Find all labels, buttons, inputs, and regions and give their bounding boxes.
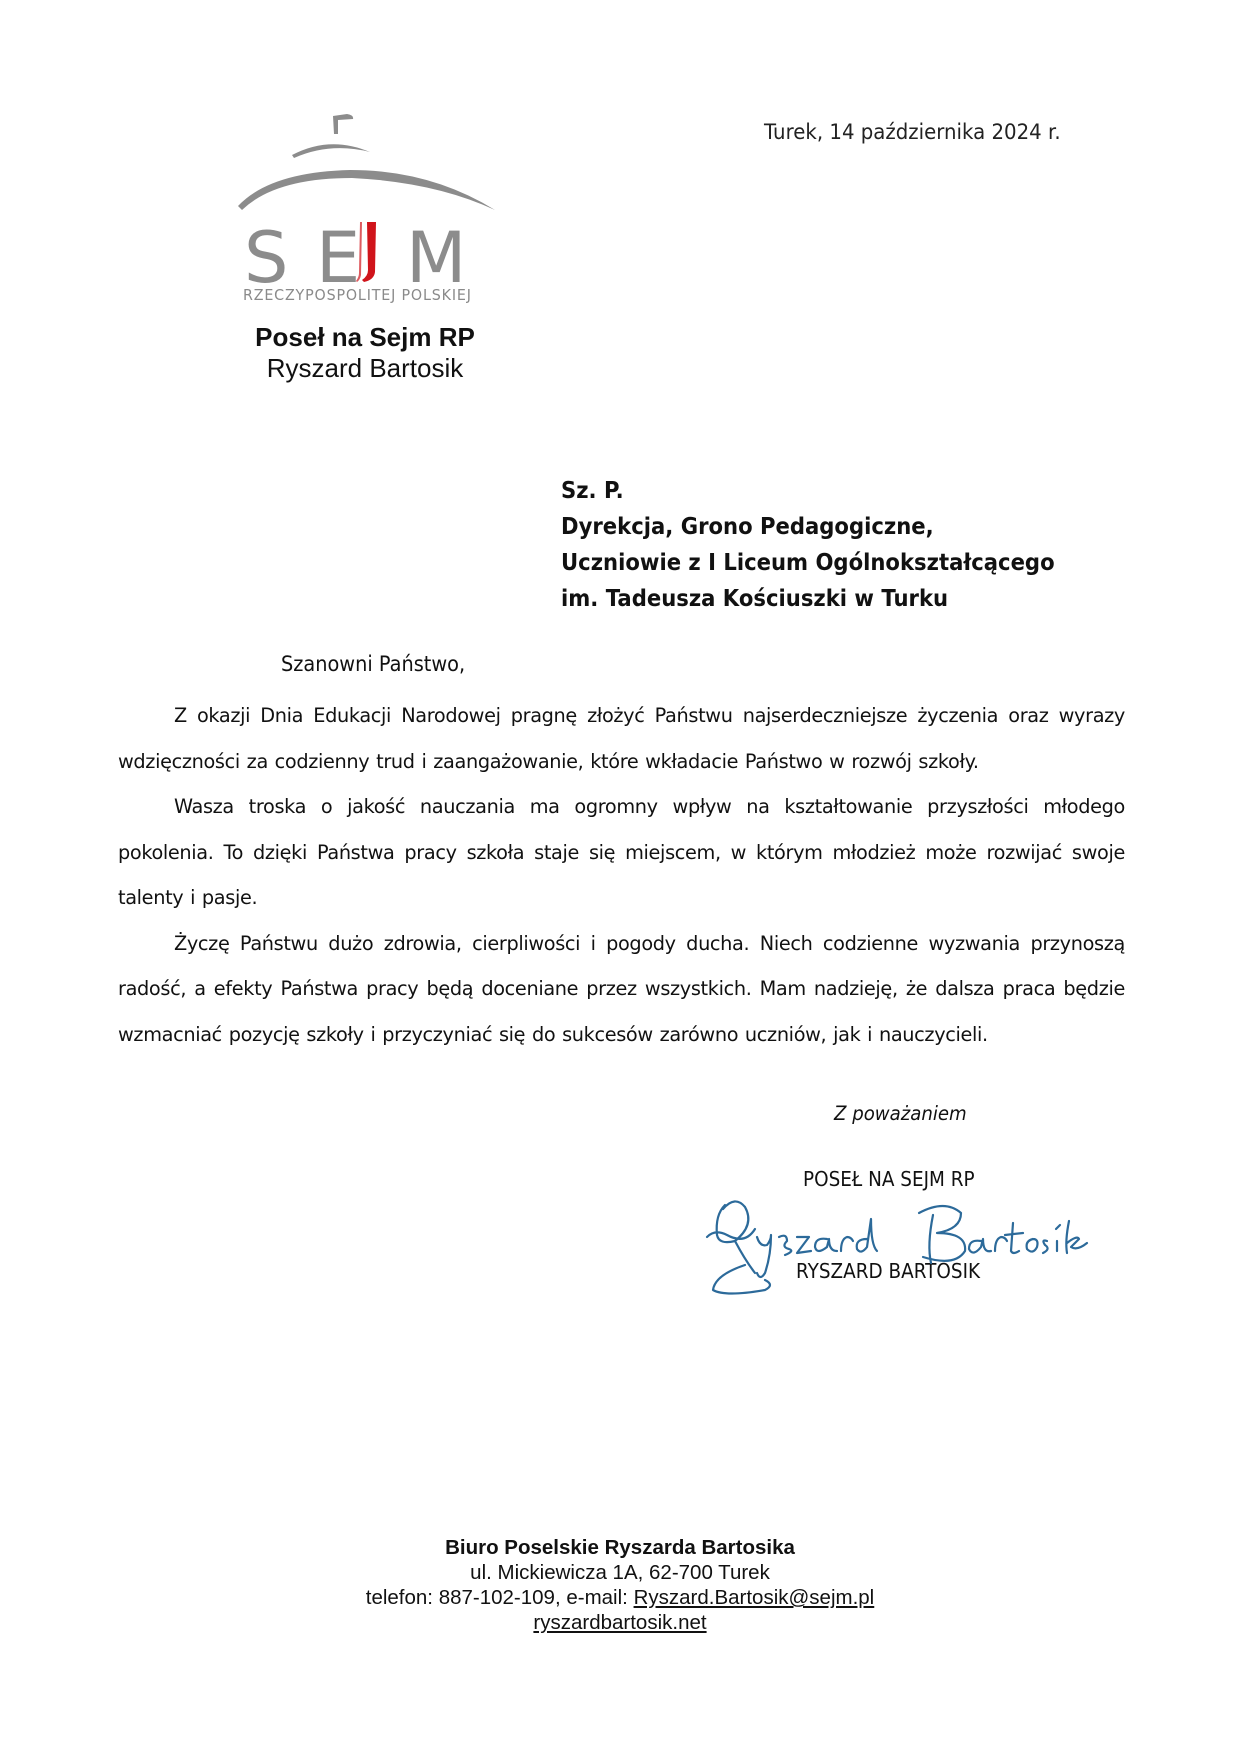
greeting: Szanowni Państwo, [281,652,465,676]
sender-block: Poseł na Sejm RP Ryszard Bartosik [230,322,500,384]
sender-name: Ryszard Bartosik [230,353,500,384]
recipient-line: Sz. P. [561,473,1055,509]
email-link[interactable]: Ryszard.Bartosik@sejm.pl [634,1586,875,1609]
paragraph: Wasza troska o jakość nauczania ma ogrom… [118,784,1125,921]
recipient-line: Dyrekcja, Grono Pedagogiczne, [561,509,1055,545]
logo-letter-e: E [316,217,360,285]
paragraph: Życzę Państwu dużo zdrowia, cierpliwości… [118,921,1125,1058]
signature-icon [705,1185,1105,1305]
logo-subtitle: RZECZYPOSPOLITEJ POLSKIEJ [243,286,472,304]
website-link[interactable]: ryszardbartosik.net [533,1611,706,1634]
paragraph: Z okazji Dnia Edukacji Narodowej pragnę … [118,693,1125,784]
letter-body: Z okazji Dnia Edukacji Narodowej pragnę … [118,693,1125,1057]
handwritten-signature [705,1185,1105,1305]
sejm-logo: S E M [230,110,500,310]
recipient-line: im. Tadeusza Kościuszki w Turku [561,581,1055,617]
signature-title: POSEŁ NA SEJM RP [803,1167,975,1191]
date-line: Turek, 14 października 2024 r. [764,120,1061,144]
closing: Z poważaniem [834,1102,967,1125]
footer-phone: telefon: 887-102-109, e-mail: [366,1586,634,1609]
logo-letter-s: S [244,217,288,285]
sejm-dome-icon: S E M [230,110,500,285]
footer-office: Biuro Poselskie Ryszarda Bartosika [0,1535,1240,1560]
footer-address: ul. Mickiewicza 1A, 62-700 Turek [0,1560,1240,1585]
sender-title: Poseł na Sejm RP [230,322,500,353]
footer-contact: telefon: 887-102-109, e-mail: Ryszard.Ba… [0,1585,1240,1610]
recipient-block: Sz. P. Dyrekcja, Grono Pedagogiczne, Ucz… [561,473,1055,617]
logo-letter-m: M [406,217,466,285]
footer: Biuro Poselskie Ryszarda Bartosika ul. M… [0,1535,1240,1635]
recipient-line: Uczniowie z I Liceum Ogólnokształcącego [561,545,1055,581]
signature-name: RYSZARD BARTOSIK [796,1259,980,1283]
